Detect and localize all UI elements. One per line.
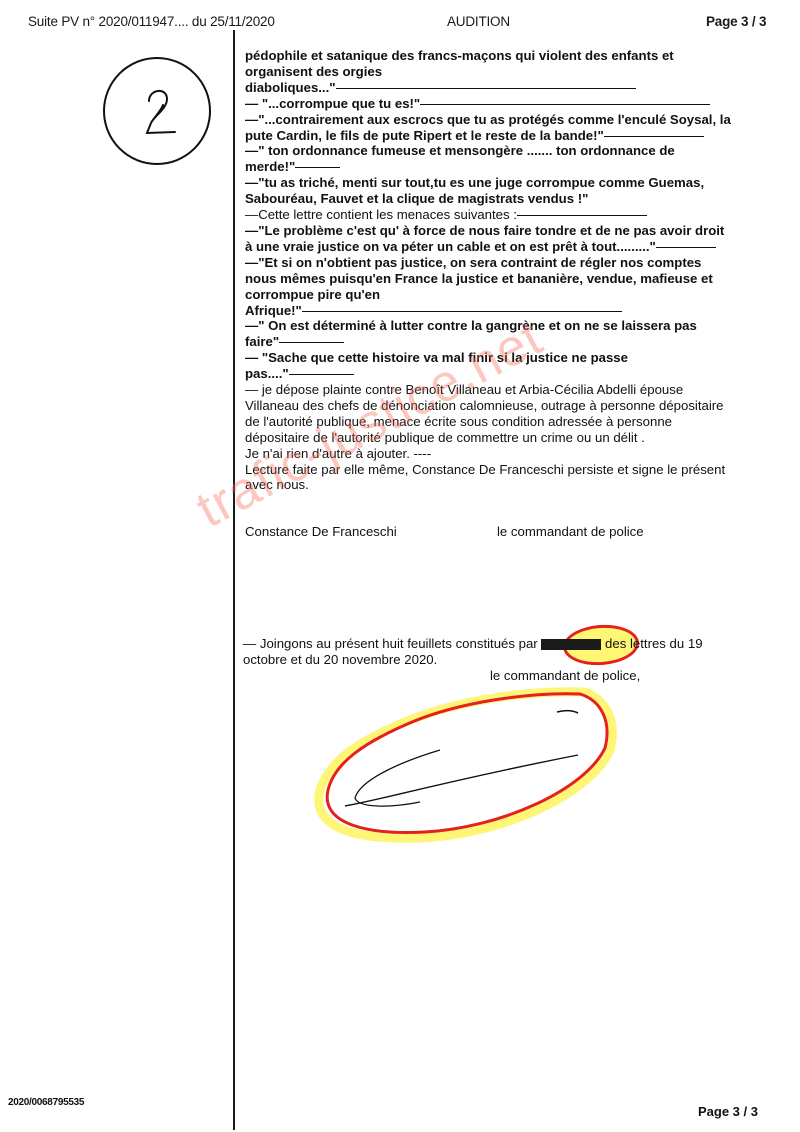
statement-line-text: —"Le problème c'est qu' à force de nous …	[245, 223, 724, 238]
statement-line-text: Sabouréau, Fauvet et la clique de magist…	[245, 191, 588, 206]
header-document-type: AUDITION	[447, 14, 510, 29]
header-pv-reference: Suite PV n° 2020/011947.... du 25/11/202…	[28, 14, 275, 29]
statement-line: diaboliques..."	[245, 80, 775, 96]
statement-line: —Cette lettre contient les menaces suiva…	[245, 207, 775, 223]
statement-line: — je dépose plainte contre Benoît Villan…	[245, 382, 775, 398]
statement-line: —"Le problème c'est qu' à force de nous …	[245, 223, 775, 239]
statement-line-text: organisent des orgies	[245, 64, 382, 79]
statement-line-text: Lecture faite par elle même, Constance D…	[245, 462, 725, 477]
statement-line-text: avec nous.	[245, 477, 309, 492]
statement-line: pute Cardin, le fils de pute Ripert et l…	[245, 128, 775, 144]
statement-line-text: — "...corrompue que tu es!"	[245, 96, 420, 111]
filler-dash-line	[279, 342, 344, 343]
statement-line-text: —"Et si on n'obtient pas justice, on ser…	[245, 255, 701, 270]
statement-line-text: nous mêmes puisqu'en France la justice e…	[245, 271, 713, 286]
redacted-word	[541, 639, 601, 650]
signature-annotation	[300, 680, 640, 865]
statement-line-text: pédophile et satanique des francs-maçons…	[245, 48, 674, 63]
footer-reference-id: 2020/0068795535	[8, 1097, 84, 1108]
margin-rule	[233, 30, 235, 1130]
statement-line-text: faire"	[245, 334, 279, 349]
statement-line-text: merde!"	[245, 159, 295, 174]
header-page-number: Page 3 / 3	[706, 14, 766, 29]
statement-line: Sabouréau, Fauvet et la clique de magist…	[245, 191, 775, 207]
statement-line: de l'autorité publique, menace écrite so…	[245, 414, 775, 430]
statement-line: avec nous.	[245, 477, 775, 493]
statement-line: — "Sache que cette histoire va mal finir…	[245, 350, 775, 366]
statement-line-text: Je n'ai rien d'autre à ajouter. ----	[245, 446, 431, 461]
statement-line: faire"	[245, 334, 775, 350]
filler-dash-line	[517, 215, 647, 216]
filler-dash-line	[336, 88, 636, 89]
footer-page-number: Page 3 / 3	[698, 1104, 758, 1119]
statement-line: organisent des orgies	[245, 64, 775, 80]
filler-dash-line	[289, 374, 354, 375]
statement-line-text: —Cette lettre contient les menaces suiva…	[245, 207, 517, 222]
statement-line: — "...corrompue que tu es!"	[245, 96, 775, 112]
circled-number-icon	[103, 57, 211, 165]
attachment-note: — Joingons au présent huit feuillets con…	[243, 636, 783, 668]
statement-line-text: corrompue pire qu'en	[245, 287, 380, 302]
statement-line-text: Afrique!"	[245, 303, 302, 318]
statement-line-text: pas...."	[245, 366, 289, 381]
statement-line-text: —"tu as triché, menti sur tout,tu es une…	[245, 175, 704, 190]
statement-line-text: de l'autorité publique, menace écrite so…	[245, 414, 672, 429]
filler-dash-line	[604, 136, 704, 137]
statement-line: à une vraie justice on va péter un cable…	[245, 239, 775, 255]
statement-body: pédophile et satanique des francs-maçons…	[245, 48, 775, 493]
statement-line: corrompue pire qu'en	[245, 287, 775, 303]
statement-line: merde!"	[245, 159, 775, 175]
statement-line: Lecture faite par elle même, Constance D…	[245, 462, 775, 478]
statement-line: Je n'ai rien d'autre à ajouter. ----	[245, 446, 775, 462]
statement-line-text: —" On est déterminé à lutter contre la g…	[245, 318, 697, 333]
statement-line: pédophile et satanique des francs-maçons…	[245, 48, 775, 64]
filler-dash-line	[302, 311, 622, 312]
statement-line: pas...."	[245, 366, 775, 382]
filler-dash-line	[420, 104, 710, 105]
signatory-declarant: Constance De Franceschi	[245, 524, 397, 539]
statement-line-text: pute Cardin, le fils de pute Ripert et l…	[245, 128, 604, 143]
statement-line: —" On est déterminé à lutter contre la g…	[245, 318, 775, 334]
filler-dash-line	[656, 247, 716, 248]
statement-line: —" ton ordonnance fumeuse et mensongère …	[245, 143, 775, 159]
statement-line-text: Villaneau des chefs de dénonciation calo…	[245, 398, 724, 413]
statement-line-text: à une vraie justice on va péter un cable…	[245, 239, 656, 254]
attachment-text-line2: octobre et du 20 novembre 2020.	[243, 652, 437, 667]
statement-line-text: —" ton ordonnance fumeuse et mensongère …	[245, 143, 675, 158]
attachment-text-before: — Joingons au présent huit feuillets con…	[243, 636, 538, 651]
statement-line: —"tu as triché, menti sur tout,tu es une…	[245, 175, 775, 191]
statement-line-text: dépositaire de l'autorité publique de co…	[245, 430, 645, 445]
statement-line: Villaneau des chefs de dénonciation calo…	[245, 398, 775, 414]
statement-line-text: diaboliques..."	[245, 80, 336, 95]
statement-line: Afrique!"	[245, 303, 775, 319]
statement-line: —"Et si on n'obtient pas justice, on ser…	[245, 255, 775, 271]
statement-line-text: — "Sache que cette histoire va mal finir…	[245, 350, 628, 365]
statement-line-text: —"...contrairement aux escrocs que tu as…	[245, 112, 731, 127]
filler-dash-line	[295, 167, 340, 168]
attachment-text-after: des lettres du 19	[605, 636, 703, 651]
statement-line: dépositaire de l'autorité publique de co…	[245, 430, 775, 446]
statement-line: —"...contrairement aux escrocs que tu as…	[245, 112, 775, 128]
statement-line: nous mêmes puisqu'en France la justice e…	[245, 271, 775, 287]
statement-line-text: — je dépose plainte contre Benoît Villan…	[245, 382, 683, 397]
signatory-officer: le commandant de police	[497, 524, 644, 539]
